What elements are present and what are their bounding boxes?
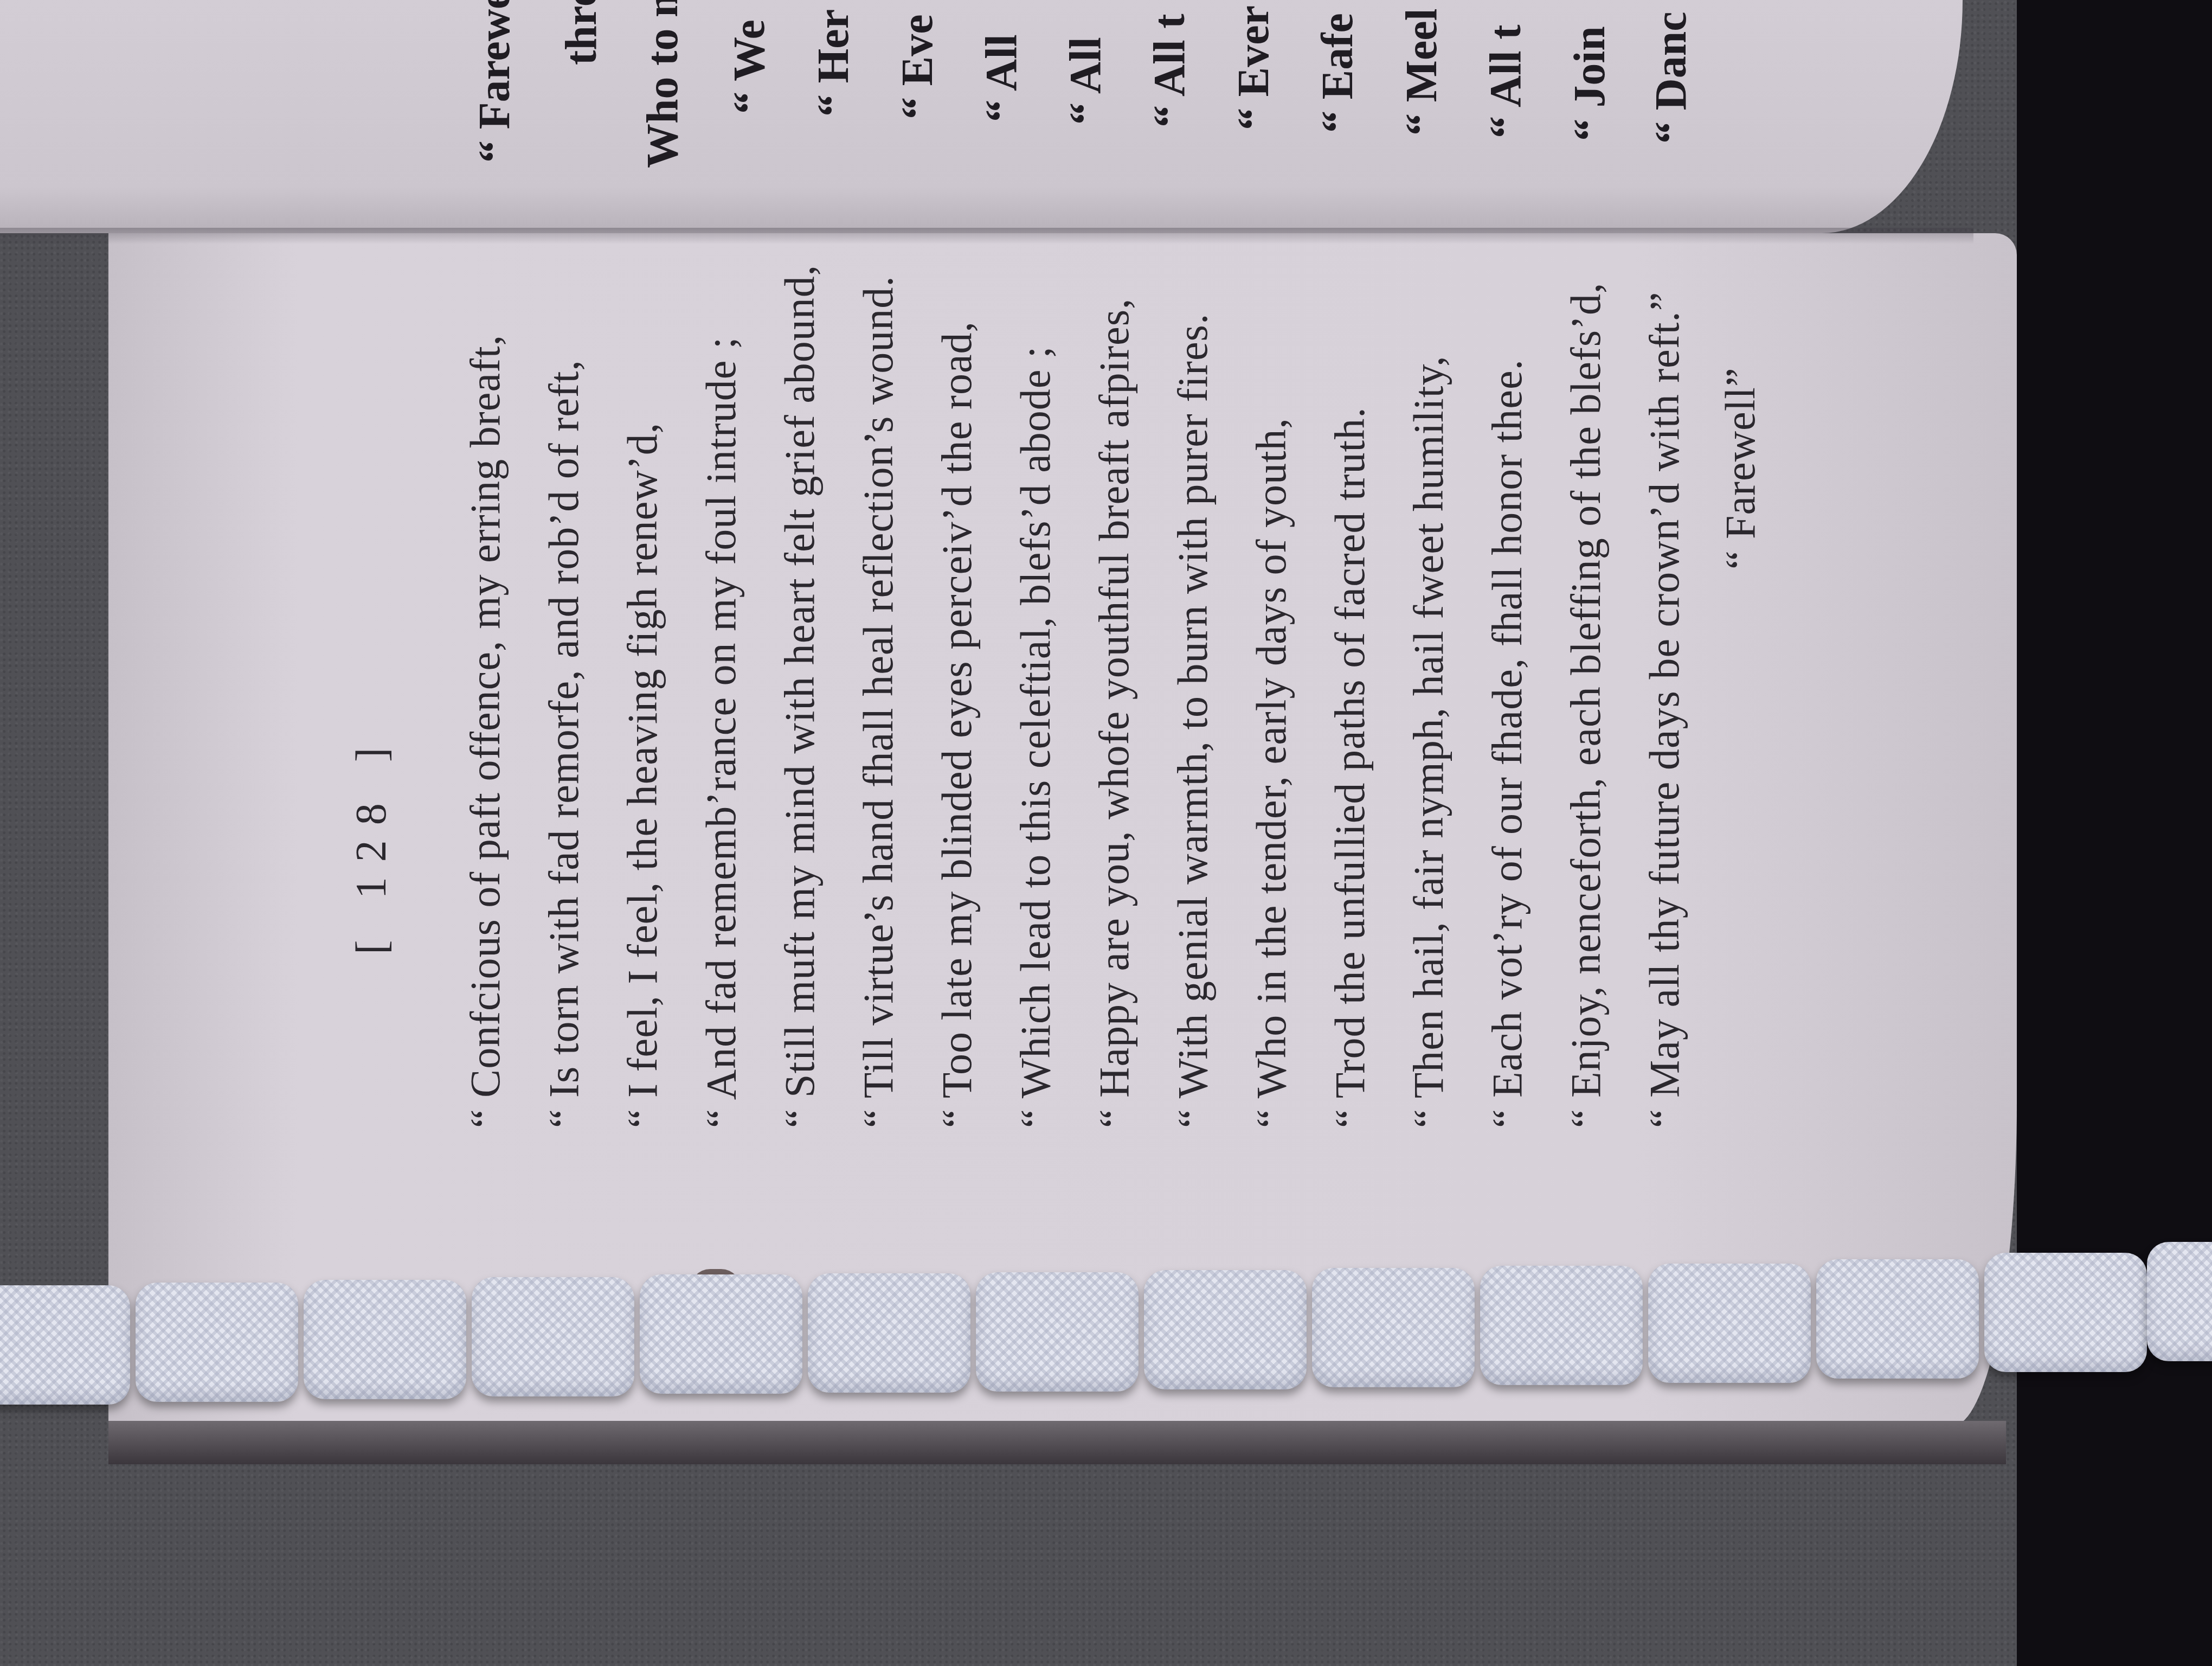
poem-line: “ Happy are you, whofe youthful breaft a… <box>1090 298 1139 1128</box>
poem-line: “ Trod the unfullied paths of facred tru… <box>1326 407 1374 1128</box>
poem-line: “ And fad rememb’rance on my foul intrud… <box>697 336 745 1128</box>
facing-line: “ Her <box>808 9 859 117</box>
facing-line: “ Ever <box>1228 5 1279 130</box>
facing-line: “ All t <box>1480 24 1531 138</box>
facing-line: “ Farewe <box>469 0 520 163</box>
dark-background <box>2017 0 2212 1666</box>
page-number: [ 128 ] <box>347 733 396 954</box>
facing-line: thro <box>556 0 607 65</box>
poem-line: “ Too late my blinded eyes perceiv’d the… <box>933 321 981 1128</box>
facing-line: “ All <box>976 34 1027 122</box>
poem-line: “ Confcious of paft offence, my erring b… <box>461 335 510 1128</box>
poem-line: “ Which lead to this celeftial, blefs’d … <box>1011 345 1060 1128</box>
poem-line: “ Each vot’ry of our fhade, fhall honor … <box>1483 359 1532 1128</box>
poem-line: “ Who in the tender, early days of youth… <box>1247 418 1296 1128</box>
closing-line: “ Farewell” <box>1716 367 1765 569</box>
poem-line: “ May all thy future days be crown’d wit… <box>1640 292 1689 1129</box>
facing-line: “ Meel <box>1396 9 1447 136</box>
facing-line: “ We <box>724 20 775 114</box>
poem-line: “ Then hail, fair nymph, hail fweet humi… <box>1404 355 1453 1128</box>
poem-line: “ Is torn with fad remorfe, and rob’d of… <box>539 360 588 1128</box>
facing-line: “ All t <box>1144 14 1195 127</box>
facing-line: “ Danc <box>1645 11 1696 144</box>
book-cover-edge <box>108 1421 2006 1464</box>
page-fold-shadow <box>0 228 1973 244</box>
facing-line: Who to m <box>637 0 688 168</box>
facing-line: “ Eafe <box>1312 13 1363 133</box>
poem-line: “ Still muft my mind with heart felt gri… <box>775 265 824 1128</box>
facing-line: “ Join <box>1564 26 1615 141</box>
poem-line: “ With genial warmth, to burn with purer… <box>1168 313 1217 1128</box>
facing-line: “ All <box>1060 37 1111 125</box>
poem-line: “ Till virtue’s hand fhall heal reflecti… <box>854 275 903 1128</box>
facing-line: “ Eve <box>892 14 943 119</box>
poem-line: “ Enjoy, nenceforth, each bleffing of th… <box>1561 282 1610 1128</box>
snake-weight-cord <box>0 1264 2212 1388</box>
poem-line: “ I feel, I feel, the heaving figh renew… <box>618 422 667 1128</box>
